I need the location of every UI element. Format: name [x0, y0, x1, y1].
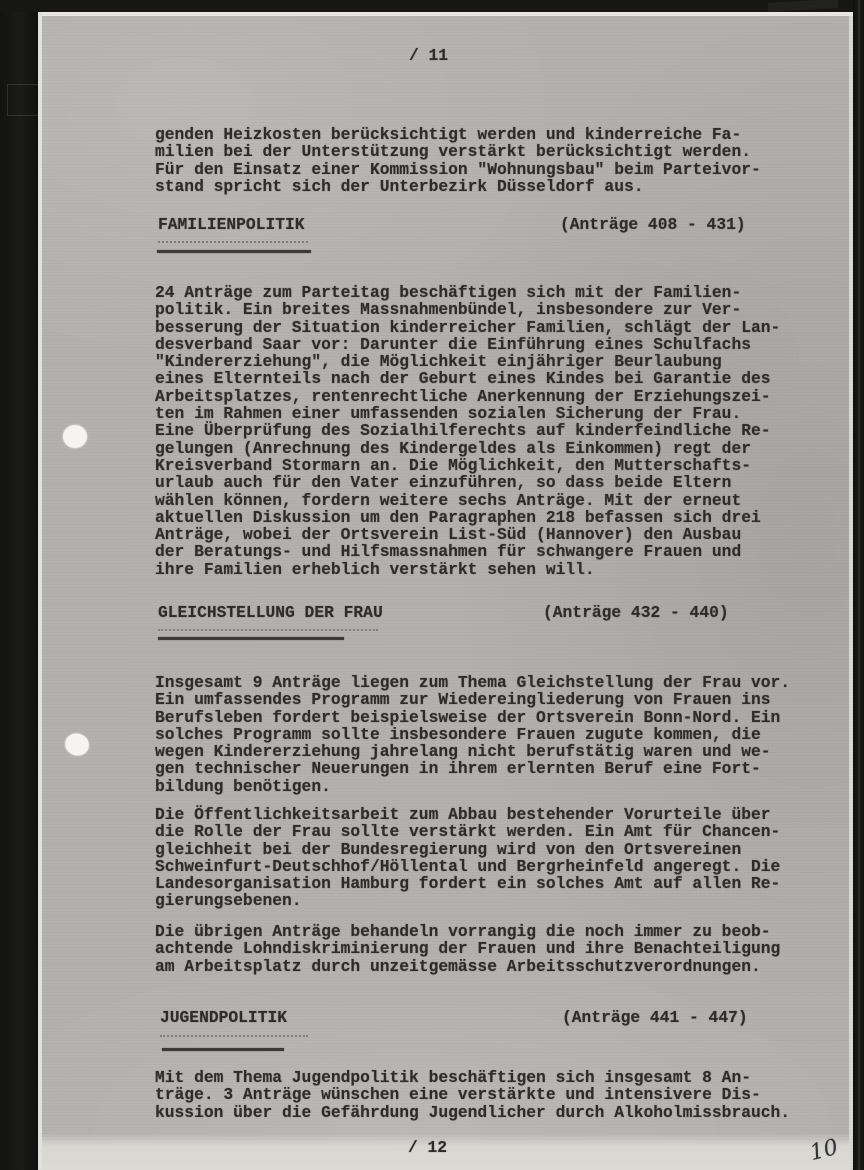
heading-rule [162, 1048, 284, 1051]
scan-border-left [0, 0, 38, 1170]
antraege-label-gleichstellung: (Anträge 432 - 440) [543, 604, 729, 621]
antraege-label-jugendpolitik: (Anträge 441 - 447) [562, 1009, 748, 1026]
paragraph-gleichstellung-1: Insgesamt 9 Anträge liegen zum Thema Gle… [155, 674, 790, 795]
paragraph-gleichstellung-3: Die übrigen Anträge behandeln vorrangig … [155, 923, 780, 975]
scan-border-top [0, 0, 864, 12]
heading-dotted-underline [158, 629, 378, 631]
antraege-label-familienpolitik: (Anträge 408 - 431) [560, 216, 746, 233]
section-heading-gleichstellung: GLEICHSTELLUNG DER FRAU [158, 604, 383, 621]
paragraph-familienpolitik-1: 24 Anträge zum Parteitag beschäftigen si… [155, 284, 780, 578]
paragraph-jugendpolitik-1: Mit dem Thema Jugendpolitik beschäftigen… [155, 1069, 790, 1121]
heading-dotted-underline [160, 1035, 308, 1037]
page-number-top: / 11 [409, 47, 448, 64]
page-number-bottom: / 12 [408, 1139, 447, 1156]
paragraph-intro: genden Heizkosten berücksichtigt werden … [155, 126, 761, 195]
heading-rule [157, 250, 311, 253]
section-heading-jugendpolitik: JUGENDPOLITIK [160, 1009, 287, 1026]
heading-dotted-underline [158, 241, 308, 243]
heading-rule [158, 637, 344, 640]
section-heading-familienpolitik: FAMILIENPOLITIK [158, 216, 305, 233]
scan-border-highlight [858, 0, 860, 1170]
scanned-document-page: / 11 genden Heizkosten berücksichtigt we… [0, 0, 864, 1170]
paragraph-gleichstellung-2: Die Öffentlichkeitsarbeit zum Abbau best… [155, 806, 780, 910]
punch-hole-top [63, 425, 87, 448]
